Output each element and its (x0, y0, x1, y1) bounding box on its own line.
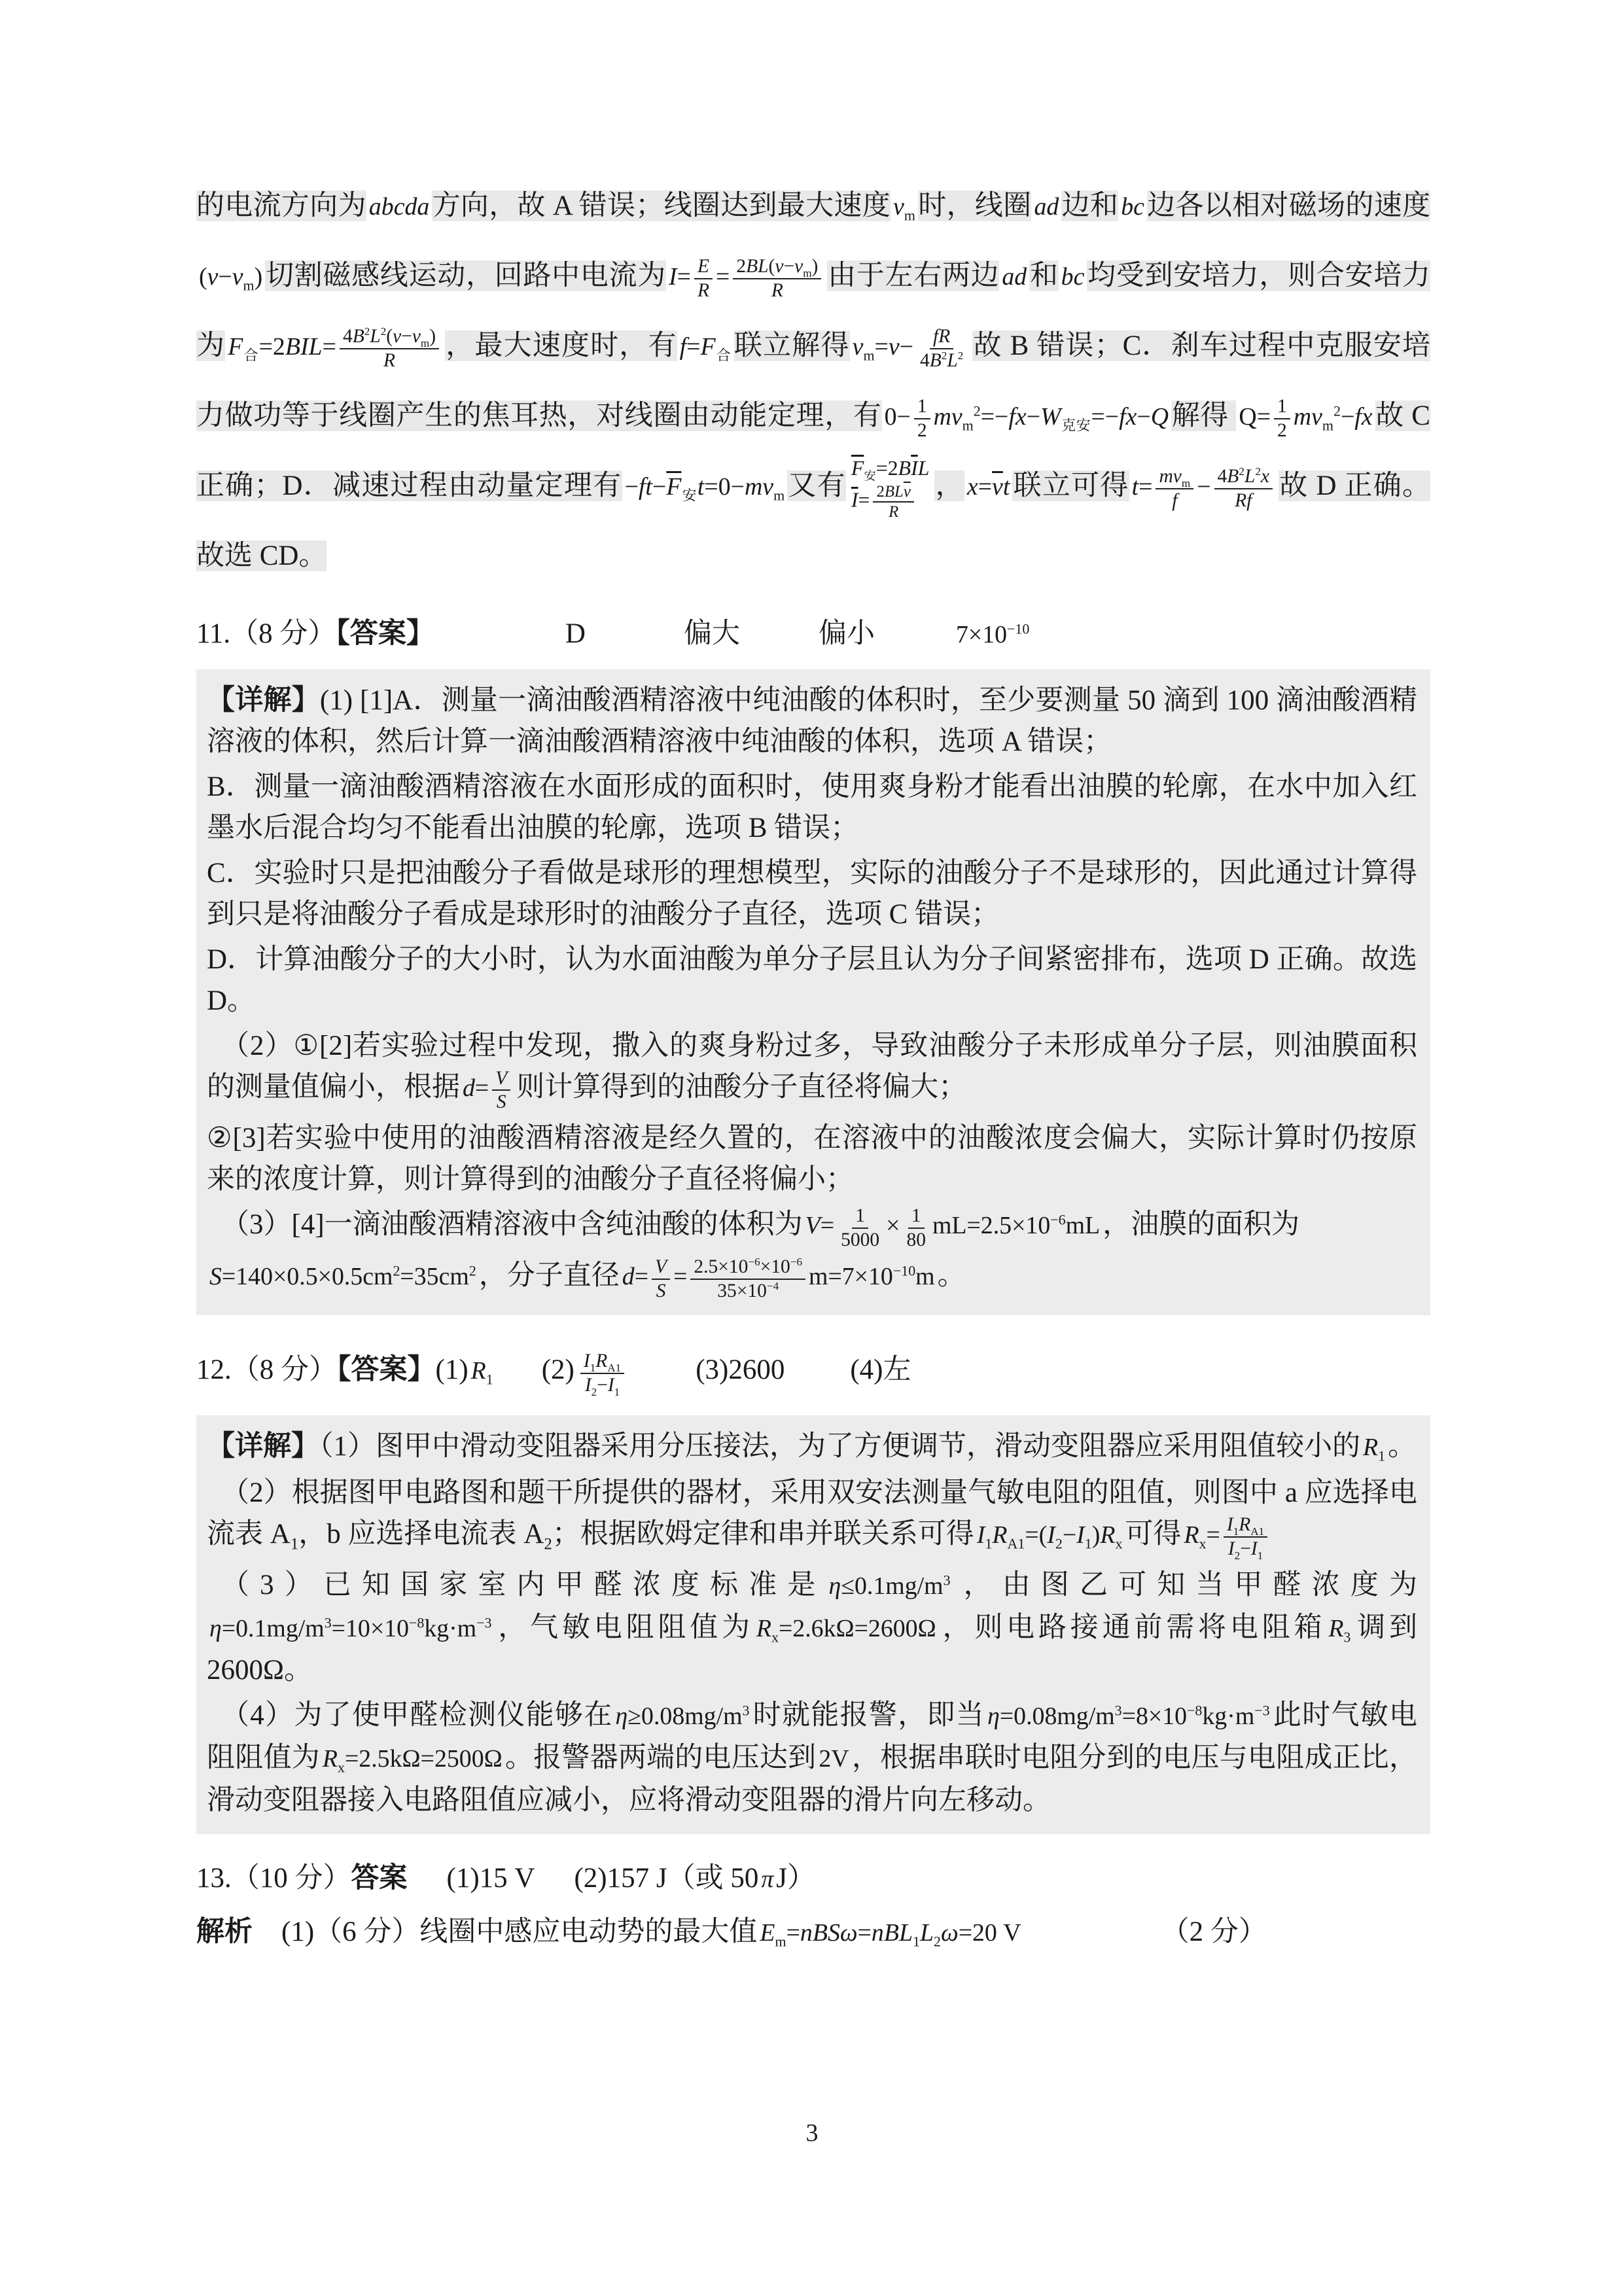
q13-answer-and-analysis: 13.（10 分）答案(1)15 V(2)157 J（或 50πJ）解析(1)（… (196, 1856, 1430, 1954)
fraction: mvmf (1156, 465, 1193, 512)
math-formula: Rx=I1RA1I2−I1 (1181, 1521, 1273, 1549)
math-formula: π (758, 1865, 776, 1893)
subscript: 1 (291, 1535, 298, 1553)
math-variable: F (666, 473, 681, 501)
math-variable: ad (1034, 193, 1059, 221)
math-formula: −ft−F安t=0−mvm (622, 473, 788, 501)
math-variable: I (585, 1375, 591, 1396)
math-formula: η≥0.08mg/m3 (613, 1703, 752, 1730)
math-formula: ad (1031, 193, 1061, 221)
paragraph: D．计算油酸分子的大小时，认为水面油酸为单分子层且认为分子间紧密排布，选项 D … (207, 939, 1417, 1021)
math-variable: v (853, 333, 864, 361)
superscript: 2 (974, 402, 981, 419)
math-variable: B (1227, 466, 1239, 487)
subscript: 安 (681, 487, 697, 504)
spacer (434, 642, 565, 643)
superscript: 2 (958, 349, 964, 362)
math-variable: R (595, 1351, 607, 1371)
superscript: 2 (1239, 466, 1244, 478)
math-variable: B (353, 326, 364, 347)
subscript: x (1115, 1535, 1122, 1551)
paragraph: 【详解】（1）图甲中滑动变阻器采用分压接法，为了方便调节，滑动变阻器应采用阻值较… (207, 1426, 1417, 1468)
math-variable: I (1047, 1521, 1055, 1549)
math-variable: v (412, 326, 421, 347)
subscript: m (775, 1933, 786, 1949)
subscript: 1 (985, 1535, 992, 1551)
math-variable: F (228, 333, 243, 361)
paragraph: ②[3]若实验中使用的油酸酒精溶液是经久置的，在溶液中的油酸浓度会偏大，实际计算… (207, 1118, 1417, 1200)
spacer (785, 1378, 850, 1379)
math-variable: BIL (285, 333, 323, 361)
math-variable: v (393, 326, 401, 347)
math-variable: mv (1159, 466, 1181, 487)
overline-symbol: I (851, 488, 858, 511)
math-variable: R (771, 280, 783, 301)
math-variable: η (616, 1703, 628, 1730)
math-variable: mv (1294, 403, 1322, 431)
math-variable: I (1251, 1538, 1258, 1559)
paragraph: 的电流方向为abcda方向，故 A 错误；线圈达到最大速度vm时，线圈ad边和b… (196, 171, 1430, 591)
fraction: 2BL(v−vm)R (733, 255, 821, 302)
subscript: A1 (607, 1362, 621, 1374)
math-formula: η≤0.1mg/m3 (826, 1572, 953, 1600)
fraction: ER (694, 255, 713, 302)
math-variable: W (1040, 403, 1061, 431)
math-variable: π (761, 1865, 773, 1893)
paragraph: 11.（8 分）【答案】D偏大偏小7×10−10 (196, 609, 1430, 659)
math-variable: mv (745, 473, 773, 501)
math-formula: R1 (468, 1357, 496, 1385)
overline-symbol: I (911, 457, 918, 480)
bold-label: 【详解】 (207, 1430, 319, 1462)
bold-label: 【详解】 (207, 684, 320, 716)
paragraph: 解析(1)（6 分）线圈中感应电动势的最大值Em=nBSω=nBL1L2ω=20… (196, 1910, 1430, 1954)
subscript: A1 (1008, 1535, 1025, 1551)
highlighted-text: 切割磁感线运动，回路中电流为 (265, 260, 666, 291)
superscript: 2 (393, 1263, 400, 1279)
math-variable: v (893, 193, 904, 221)
highlighted-text: 时，线圈 (918, 190, 1032, 221)
q11-answer-line: 11.（8 分）【答案】D偏大偏小7×10−10 (196, 609, 1430, 659)
math-variable: v (889, 333, 900, 361)
spacer (740, 642, 819, 643)
math-variable: L (1244, 466, 1255, 487)
math-formula: bc (1059, 263, 1087, 291)
math-formula: vm=v−fR4B2L2 (850, 333, 973, 361)
math-formula: S=140×0.5×0.5cm2=35cm2 (207, 1263, 479, 1290)
highlighted-text: 联立解得 (734, 330, 850, 361)
math-variable: mv (934, 403, 962, 431)
paragraph: （2）根据图甲电路图和题干所提供的器材，采用双安法测量气敏电阻的阻值，则图中 a… (207, 1472, 1417, 1561)
math-variable: fx (1119, 403, 1137, 431)
bold-label: 答案 (351, 1862, 408, 1894)
superscript: 2 (381, 326, 387, 338)
highlighted-text: 的电流方向为 (196, 190, 366, 221)
subscript: 2 (591, 1386, 597, 1398)
math-formula: f=F合 (677, 333, 734, 361)
math-variable: V (655, 1256, 667, 1277)
math-variable: v (904, 483, 911, 501)
subscript: 安 (864, 470, 875, 483)
math-variable: v (992, 473, 1003, 501)
paragraph: （4）为了使甲醛检测仪能够在η≥0.08mg/m3时就能报警，即当η=0.08m… (207, 1695, 1417, 1821)
overline-symbol: v (992, 473, 1003, 501)
subscript: 2 (544, 1535, 552, 1553)
fraction: 2.5×10−6×10−635×10−4 (690, 1256, 805, 1303)
math-variable: fR (933, 326, 950, 347)
spacer (875, 642, 953, 643)
subscript: 1 (1085, 1535, 1092, 1551)
math-variable: I (669, 263, 677, 291)
math-variable: Q (1151, 403, 1169, 431)
fraction: 12 (914, 395, 930, 442)
math-formula: d=VS=2.5×10−6×10−635×10−4m=7×10−10m (620, 1263, 938, 1290)
paragraph: 12.（8 分）【答案】(1)R1(2)I1RA1I2−I1(3)2600(4)… (196, 1345, 1430, 1396)
math-formula: I1RA1I2−I1 (574, 1357, 630, 1385)
math-formula: I1RA1=(I2−I1)Rx (974, 1521, 1125, 1549)
math-variable: R (1184, 1521, 1199, 1549)
superscript: 3 (944, 1572, 951, 1588)
subscript: 2 (1235, 1549, 1241, 1562)
math-variable: d (463, 1074, 475, 1102)
spacer (253, 1940, 281, 1941)
math-variable: V (805, 1212, 821, 1239)
math-variable: I (1227, 1514, 1233, 1535)
superscript: 3 (743, 1702, 750, 1718)
math-variable: S (209, 1263, 222, 1290)
math-variable: I (1076, 1521, 1085, 1549)
math-variable: R (1239, 1514, 1250, 1535)
math-variable: R (471, 1357, 486, 1385)
paragraph: B．测量一滴油酸酒精溶液在水面形成的面积时，使用爽身粉才能看出油膜的轮廓，在水中… (207, 766, 1417, 849)
subscript: m (1322, 417, 1333, 434)
math-variable: L (947, 350, 957, 371)
paragraph: （3）[4]一滴油酸酒精溶液中含纯油酸的体积为V=15000×180mL=2.5… (207, 1204, 1417, 1251)
math-variable: ω (941, 1919, 959, 1947)
math-variable: d (622, 1263, 635, 1290)
superscript: −3 (476, 1614, 491, 1631)
superscript: 2 (1255, 466, 1261, 478)
math-variable: t (1132, 473, 1139, 501)
q11-explanation: 【详解】(1) [1]A．测量一滴油酸酒精溶液中纯油酸的体积时，至少要测量 50… (196, 669, 1430, 1315)
math-formula: Rx=2.5kΩ=2500Ω (320, 1745, 505, 1773)
subscript: A1 (1250, 1525, 1264, 1538)
math-formula: η=0.1mg/m3=10×10−8kg·m−3 (207, 1615, 495, 1642)
math-variable: R (323, 1745, 338, 1773)
math-formula: (v−vm) (196, 263, 265, 291)
math-formula: Rx=2.6kΩ=2600Ω (754, 1615, 939, 1642)
math-formula: F合=2BIL=4B2L2(v−vm)R (225, 333, 445, 361)
subscript: 1 (614, 1386, 620, 1398)
math-variable: R (756, 1615, 771, 1642)
fraction: 12 (1274, 395, 1290, 442)
superscript: 2 (469, 1263, 476, 1279)
math-variable: L (920, 1919, 934, 1947)
superscript: −3 (1254, 1702, 1269, 1718)
math-variable: I (608, 1375, 614, 1396)
spacer (535, 1886, 574, 1887)
math-formula: bc (1118, 193, 1147, 221)
math-variable: R (1328, 1615, 1343, 1642)
math-formula: 0−12mvm2=−fx−W克安=−fx−Q (882, 403, 1171, 431)
math-variable: I (851, 488, 858, 511)
fraction: VS (652, 1256, 670, 1303)
math-variable: I (1228, 1538, 1235, 1559)
subscript: 1 (1378, 1447, 1385, 1464)
math-variable: F (701, 333, 716, 361)
math-formula: 2V (816, 1745, 851, 1773)
subscript: m (803, 267, 811, 279)
subscript: x (338, 1759, 345, 1775)
superscript: −8 (409, 1614, 424, 1631)
math-variable: fx (1008, 403, 1026, 431)
subscript: 1 (913, 1933, 920, 1949)
q10-explanation-continued: 的电流方向为abcda方向，故 A 错误；线圈达到最大速度vm时，线圈ad边和b… (196, 171, 1430, 591)
subscript: 合 (716, 347, 732, 364)
highlighted-text: ，最大速度时，有 (445, 330, 677, 361)
fraction: 180 (903, 1205, 929, 1252)
superscript: 3 (1115, 1702, 1122, 1718)
math-variable: v (794, 256, 803, 277)
stacked-formulas: F安=2BILI=2BLvR (851, 455, 929, 521)
bold-label: 【答案】 (336, 618, 434, 649)
fraction: fR4B2L2 (917, 325, 966, 372)
bold-label: 【答案】 (337, 1354, 436, 1385)
spacer (408, 1886, 447, 1887)
subscript: 2 (1055, 1535, 1063, 1551)
math-variable: V (495, 1068, 507, 1089)
subscript: 1 (1233, 1525, 1239, 1538)
fraction: I1RA1I2−I1 (580, 1350, 624, 1397)
math-formula: R1 (1360, 1434, 1388, 1461)
superscript: 2 (1333, 402, 1341, 419)
math-variable: t (1003, 473, 1010, 501)
superscript: −6 (1050, 1212, 1065, 1228)
subscript: m (1182, 477, 1190, 489)
math-variable: R (992, 1521, 1007, 1549)
superscript: −10 (893, 1263, 915, 1279)
highlighted-text: 方向，故 A 错误；线圈达到最大速度 (432, 190, 891, 221)
subscript: x (771, 1629, 779, 1645)
math-formula: t=mvmf−4B2L2xRf (1129, 473, 1279, 501)
paragraph: 13.（10 分）答案(1)15 V(2)157 J（或 50πJ） (196, 1856, 1430, 1901)
math-variable: R (697, 280, 709, 301)
fraction: I1RA1I2−I1 (1224, 1513, 1267, 1561)
overline-symbol: F (851, 457, 864, 480)
subscript: m (243, 277, 255, 294)
highlighted-text: ， (934, 470, 964, 501)
subscript: m (421, 337, 429, 349)
math-variable: bc (1121, 193, 1144, 221)
math-formula: Em=nBSω=nBL1L2ω=20 V (757, 1919, 1023, 1947)
spacer (586, 642, 684, 643)
subscript: m (863, 347, 874, 364)
math-variable: B (898, 457, 911, 480)
paragraph: （3）已知国家室内甲醛浓度标准是η≤0.1mg/m3，由图乙可知当甲醛浓度为η=… (207, 1564, 1417, 1691)
math-variable: Rf (1235, 490, 1252, 511)
overline-symbol: F (666, 473, 681, 501)
math-variable: v (207, 263, 219, 291)
math-variable: I (911, 457, 918, 480)
fraction: 4B2L2(v−vm)R (340, 325, 439, 372)
math-variable: R (1363, 1434, 1378, 1461)
math-variable: S (656, 1280, 666, 1301)
paragraph: 【详解】(1) [1]A．测量一滴油酸酒精溶液中纯油酸的体积时，至少要测量 50… (207, 680, 1417, 762)
paragraph: C．实验时只是把油酸分子看做是球形的理想模型，实际的油酸分子不是球形的，因此通过… (207, 853, 1417, 935)
math-formula: d=VS (460, 1074, 516, 1102)
superscript: −6 (790, 1256, 802, 1268)
subscript: m (773, 487, 785, 504)
math-variable: E (760, 1919, 775, 1947)
math-variable: η (987, 1703, 1000, 1730)
math-variable: x (967, 473, 978, 501)
subscript: m (962, 417, 974, 434)
math-variable: abcda (369, 193, 429, 221)
subscript: 克安 (1061, 417, 1091, 434)
superscript: −10 (1007, 620, 1029, 637)
math-variable: f (1172, 490, 1177, 511)
subscript: m (904, 207, 915, 224)
math-variable: nBSω (800, 1919, 858, 1947)
math-variable: E (697, 256, 709, 277)
math-formula: Q=12mvm2−fx (1236, 403, 1375, 431)
highlighted-text: 联立可得 (1012, 470, 1129, 501)
math-variable: S (497, 1091, 506, 1112)
bold-label: 解析 (196, 1916, 253, 1947)
math-formula: x=vt (964, 473, 1012, 501)
math-variable: f (680, 333, 687, 361)
math-formula: I=ER=2BL(v−vm)R (666, 263, 827, 291)
math-variable: v (232, 263, 243, 291)
spacer (1024, 1940, 1161, 1941)
math-variable: t (697, 473, 705, 501)
q12-explanation: 【详解】（1）图甲中滑动变阻器采用分压接法，为了方便调节，滑动变阻器应采用阻值较… (196, 1415, 1430, 1834)
math-formula: η=0.08mg/m3=8×10−8kg·m−3 (985, 1703, 1273, 1730)
highlighted-text: 由于左右两边 (827, 260, 999, 291)
highlighted-text: 边各以相对磁场的速度 (1147, 190, 1430, 221)
math-variable: F (851, 457, 864, 480)
superscript: −8 (1187, 1702, 1202, 1718)
fraction: VS (492, 1067, 510, 1114)
fraction: 2BLvR (873, 482, 913, 522)
math-variable: BL (746, 256, 768, 277)
overline-symbol: v (904, 483, 911, 501)
fraction: 4B2L2xRf (1214, 465, 1273, 512)
document-page: 的电流方向为abcda方向，故 A 错误；线圈达到最大速度vm时，线圈ad边和b… (0, 0, 1624, 2296)
superscript: −4 (767, 1280, 779, 1292)
highlighted-text: 和 (1029, 260, 1058, 291)
math-variable: ft (639, 473, 652, 501)
subscript: 1 (486, 1371, 493, 1388)
highlighted-text: 边和 (1061, 190, 1118, 221)
highlighted-text: 解得 (1171, 400, 1236, 431)
superscript: −6 (748, 1256, 760, 1268)
superscript: 2 (364, 326, 370, 338)
math-variable: fx (1354, 403, 1372, 431)
math-variable: nBL (872, 1919, 913, 1947)
page-number: 3 (806, 2119, 819, 2147)
subscript: x (1199, 1535, 1207, 1551)
subscript: 3 (1343, 1629, 1350, 1645)
math-variable: L (370, 326, 380, 347)
math-variable: BL (885, 483, 904, 501)
fraction: 15000 (838, 1205, 883, 1252)
math-variable: x (1261, 466, 1269, 487)
spacer (496, 1378, 542, 1379)
math-formula: V=15000×180mL=2.5×10−6mL (803, 1212, 1103, 1239)
math-variable: I (977, 1521, 985, 1549)
subscript: 1 (1258, 1549, 1263, 1562)
subscript: 合 (243, 347, 258, 364)
math-formula: R3 (1326, 1615, 1353, 1642)
paragraph: （2）①[2]若实验过程中发现，撒入的爽身粉过多，导致油酸分子未形成单分子层，则… (207, 1025, 1417, 1114)
math-variable: I (584, 1351, 590, 1371)
subscript: 2 (934, 1933, 941, 1949)
page-footer: 3 (0, 2119, 1624, 2147)
math-variable: R (383, 350, 395, 371)
paragraph: S=140×0.5×0.5cm2=35cm2，分子直径d=VS=2.5×10−6… (207, 1255, 1417, 1302)
math-variable: R (1100, 1521, 1115, 1549)
math-variable: R (889, 503, 898, 521)
math-variable: η (209, 1615, 222, 1642)
math-variable: bc (1061, 263, 1085, 291)
math-variable: v (775, 256, 783, 277)
math-variable: L (918, 457, 930, 480)
math-formula: vm (891, 193, 918, 221)
spacer (630, 1378, 696, 1379)
math-formula: 7×10−10 (953, 621, 1032, 648)
superscript: 3 (325, 1614, 332, 1631)
subscript: 1 (590, 1362, 596, 1374)
math-variable: η (828, 1572, 841, 1600)
math-formula: ad (999, 263, 1029, 291)
q12-answer-line: 12.（8 分）【答案】(1)R1(2)I1RA1I2−I1(3)2600(4)… (196, 1345, 1430, 1396)
math-formula: abcda (366, 193, 432, 221)
document-body: 的电流方向为abcda方向，故 A 错误；线圈达到最大速度vm时，线圈ad边和b… (196, 171, 1430, 1954)
highlighted-text: 又有 (787, 470, 846, 501)
math-variable: ad (1002, 263, 1027, 291)
math-variable: B (930, 350, 942, 371)
